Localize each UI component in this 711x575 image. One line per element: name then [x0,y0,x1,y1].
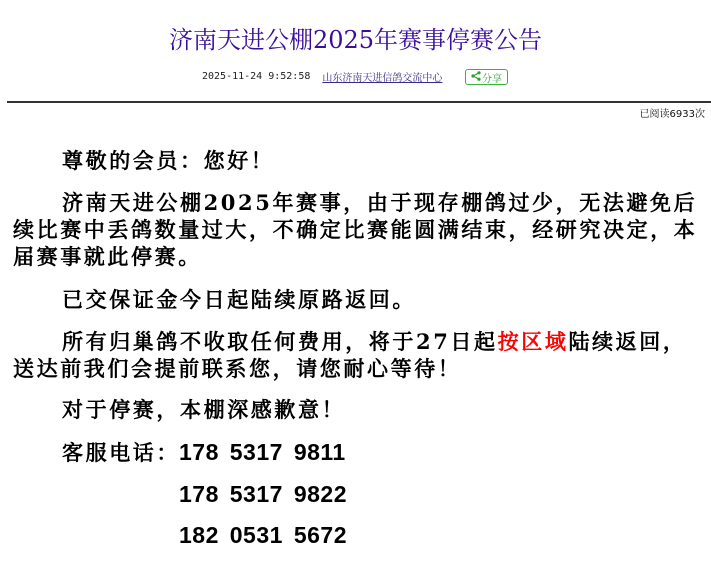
paragraph-deposit: 已交保证金今日起陆续原路返回。 [13,286,703,313]
source-link[interactable]: 山东济南天进信鸽交流中心 [322,69,442,84]
return-highlight: 按区域 [498,329,569,354]
phone-number: 182 0531 5672 [179,522,347,548]
share-label: 分享 [482,70,502,85]
publish-date: 2025-11-24 9:52:58 [202,71,310,82]
share-icon [471,71,482,84]
share-button[interactable]: 分享 [465,69,508,85]
phone-row: 178 5317 9822 [62,481,347,509]
return-text-before: 所有归巢鸽不收取任何费用，将于27日起 [62,329,498,354]
phone-row: 客服电话：178 5317 9811 [62,439,346,467]
phone-row: 182 0531 5672 [62,522,347,550]
page-title: 济南天进公棚2025年赛事停赛公告 [0,24,711,56]
phone-label: 客服电话： [62,439,179,466]
phone-number: 178 5317 9811 [179,439,346,465]
greeting: 尊敬的会员：您好！ [13,147,703,174]
phone-number: 178 5317 9822 [179,481,347,507]
paragraph-return: 所有归巢鸽不收取任何费用，将于27日起按区域陆续返回，送达前我们会提前联系您，请… [13,328,703,382]
paragraph-apology: 对于停赛，本棚深感歉意！ [13,396,703,423]
read-count: 已阅读6933次 [640,105,705,120]
article-meta: 2025-11-24 9:52:58 山东济南天进信鸽交流中心 [202,68,442,84]
header-divider [7,101,711,103]
paragraph-suspension: 济南天进公棚2025年赛事，由于现存棚鸽过少，无法避免后续比赛中丢鸽数量过大，不… [13,189,703,270]
